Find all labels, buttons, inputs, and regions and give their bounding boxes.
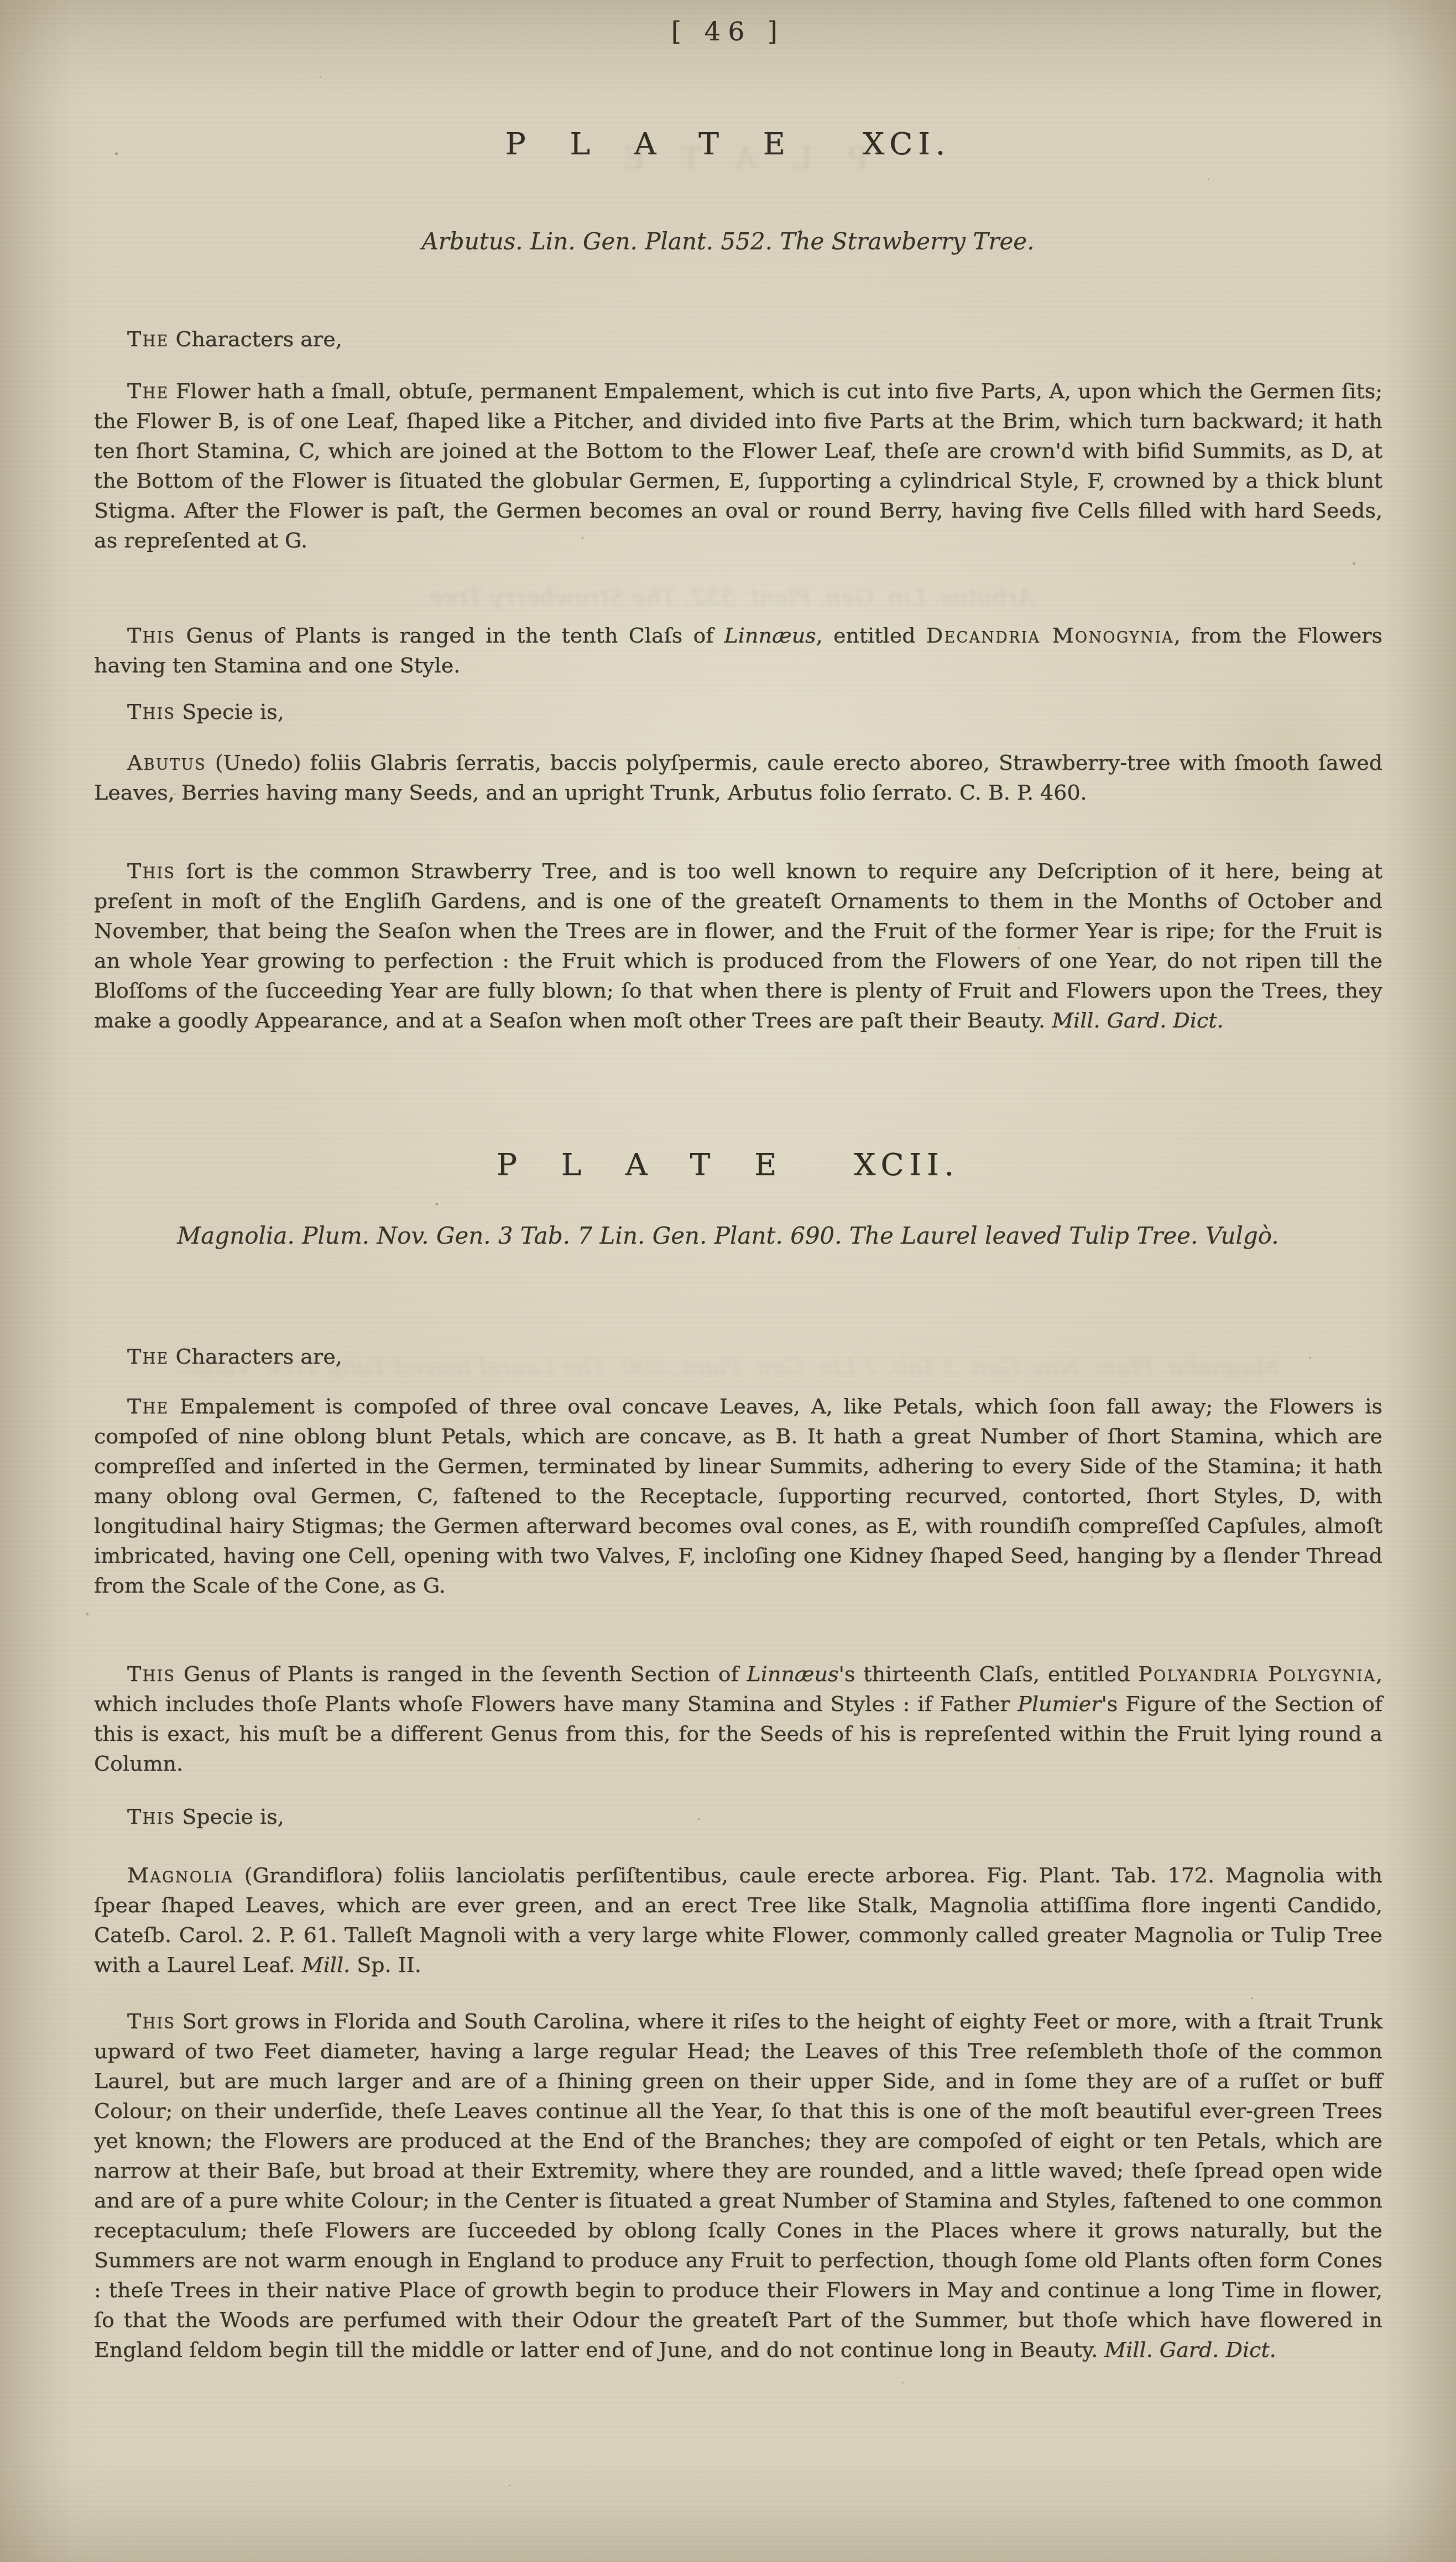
paragraph-genus-classification: This Genus of Plants is ranged in the ſe… (94, 1659, 1382, 1778)
paragraph-genus-classification: This Genus of Plants is ranged in the te… (94, 620, 1382, 680)
paragraph-specie-intro: This Specie is, (94, 697, 1382, 727)
text-run-normal: Empalement is compoſed of three oval con… (94, 1394, 1382, 1598)
paragraph-specie-latin: Abutus (Unedo) foliis Glabris ſerratis, … (94, 748, 1382, 807)
text-run-normal: (Grandiflora) foliis lanciolatis perſiſt… (94, 1863, 1382, 1977)
text-run-lead: This (127, 1662, 175, 1686)
text-run-lead: This (127, 623, 175, 648)
text-run-normal: Sp. II. (350, 1953, 421, 1977)
text-run-smallcaps: Abutus (127, 750, 206, 775)
text-run-normal: Genus of Plants is ranged in the tenth C… (175, 623, 724, 648)
paragraph-flower-description: The Flower hath a ſmall, obtuſe, permane… (94, 376, 1382, 555)
text-run-lead: This (127, 2009, 175, 2033)
text-run-lead: The (127, 1344, 169, 1369)
text-run-italic: Mill. Gard. Dict. (1052, 1008, 1223, 1032)
text-run-lead: The (127, 1394, 169, 1418)
text-run-lead: This (127, 1804, 175, 1829)
paragraph-specie-latin: Magnolia (Grandiflora) foliis lanciolati… (94, 1860, 1382, 1980)
paragraph-empalement-description: The Empalement is compoſed of three oval… (94, 1391, 1382, 1600)
plate-title-numeral: XCI. (863, 126, 951, 161)
text-run-smallcaps: Polyandria Polygynia (1138, 1662, 1376, 1686)
text-run-lead: The (127, 327, 169, 351)
text-run-normal: Sort grows in Florida and South Carolina… (94, 2009, 1382, 2362)
text-run-normal: ſort is the common Strawberry Tree, and … (94, 859, 1382, 1032)
plate-xcii-title: PLATEXCII. (0, 1147, 1456, 1182)
plate-title-numeral: XCII. (854, 1147, 959, 1182)
text-run-italic: Mill. (302, 1953, 350, 1977)
plate-xci-title: PLATEXCI. (0, 126, 1456, 161)
scanned-book-page: PLATE Arbutus. Lin. Gen. Plant. 552. The… (0, 0, 1456, 2562)
text-run-normal: Flower hath a ſmall, obtuſe, permanent E… (94, 379, 1382, 552)
paragraph-strawberry-tree-notes: This ſort is the common Strawberry Tree,… (94, 856, 1382, 1035)
plate-title-word: PLATE (497, 1147, 821, 1182)
paragraph-characters-intro: The Characters are, (94, 324, 1382, 354)
text-run-normal: (Unedo) foliis Glabris ſerratis, baccis … (94, 750, 1382, 805)
text-run-italic: Linnæus (724, 623, 816, 648)
text-run-lead: The (127, 379, 169, 403)
page-number: [ 46 ] (0, 17, 1456, 47)
text-run-normal: Specie is, (175, 1804, 284, 1829)
text-run-lead: This (127, 700, 175, 724)
text-run-normal: , entitled (816, 623, 926, 648)
text-run-lead: This (127, 859, 175, 883)
text-run-italic: Mill. Gard. Dict. (1104, 2337, 1276, 2362)
bleedthrough-ghost: Arbutus. Lin. Gen. Plant. 552. The Straw… (0, 583, 1456, 611)
text-run-smallcaps: Magnolia (127, 1863, 233, 1887)
text-run-normal: Specie is, (175, 700, 284, 724)
text-run-italic: Plumier (1017, 1692, 1101, 1716)
text-run-italic: Linnæus (747, 1662, 839, 1686)
text-run-normal: Genus of Plants is ranged in the ſeventh… (175, 1662, 747, 1686)
text-run-normal: 's thirteenth Claſs, entitled (839, 1662, 1139, 1686)
text-run-normal: Characters are, (169, 1344, 342, 1369)
paragraph-characters-intro: The Characters are, (94, 1342, 1382, 1371)
text-run-normal: Characters are, (169, 327, 342, 351)
plate-title-word: PLATE (505, 126, 829, 161)
plate-xcii-subtitle: Magnolia. Plum. Nov. Gen. 3 Tab. 7 Lin. … (0, 1222, 1456, 1249)
paragraph-magnolia-notes: This Sort grows in Florida and South Car… (94, 2006, 1382, 2365)
text-run-smallcaps: Decandria Monogynia (926, 623, 1174, 648)
plate-xci-subtitle: Arbutus. Lin. Gen. Plant. 552. The Straw… (0, 228, 1456, 255)
paragraph-specie-intro: This Specie is, (94, 1802, 1382, 1832)
